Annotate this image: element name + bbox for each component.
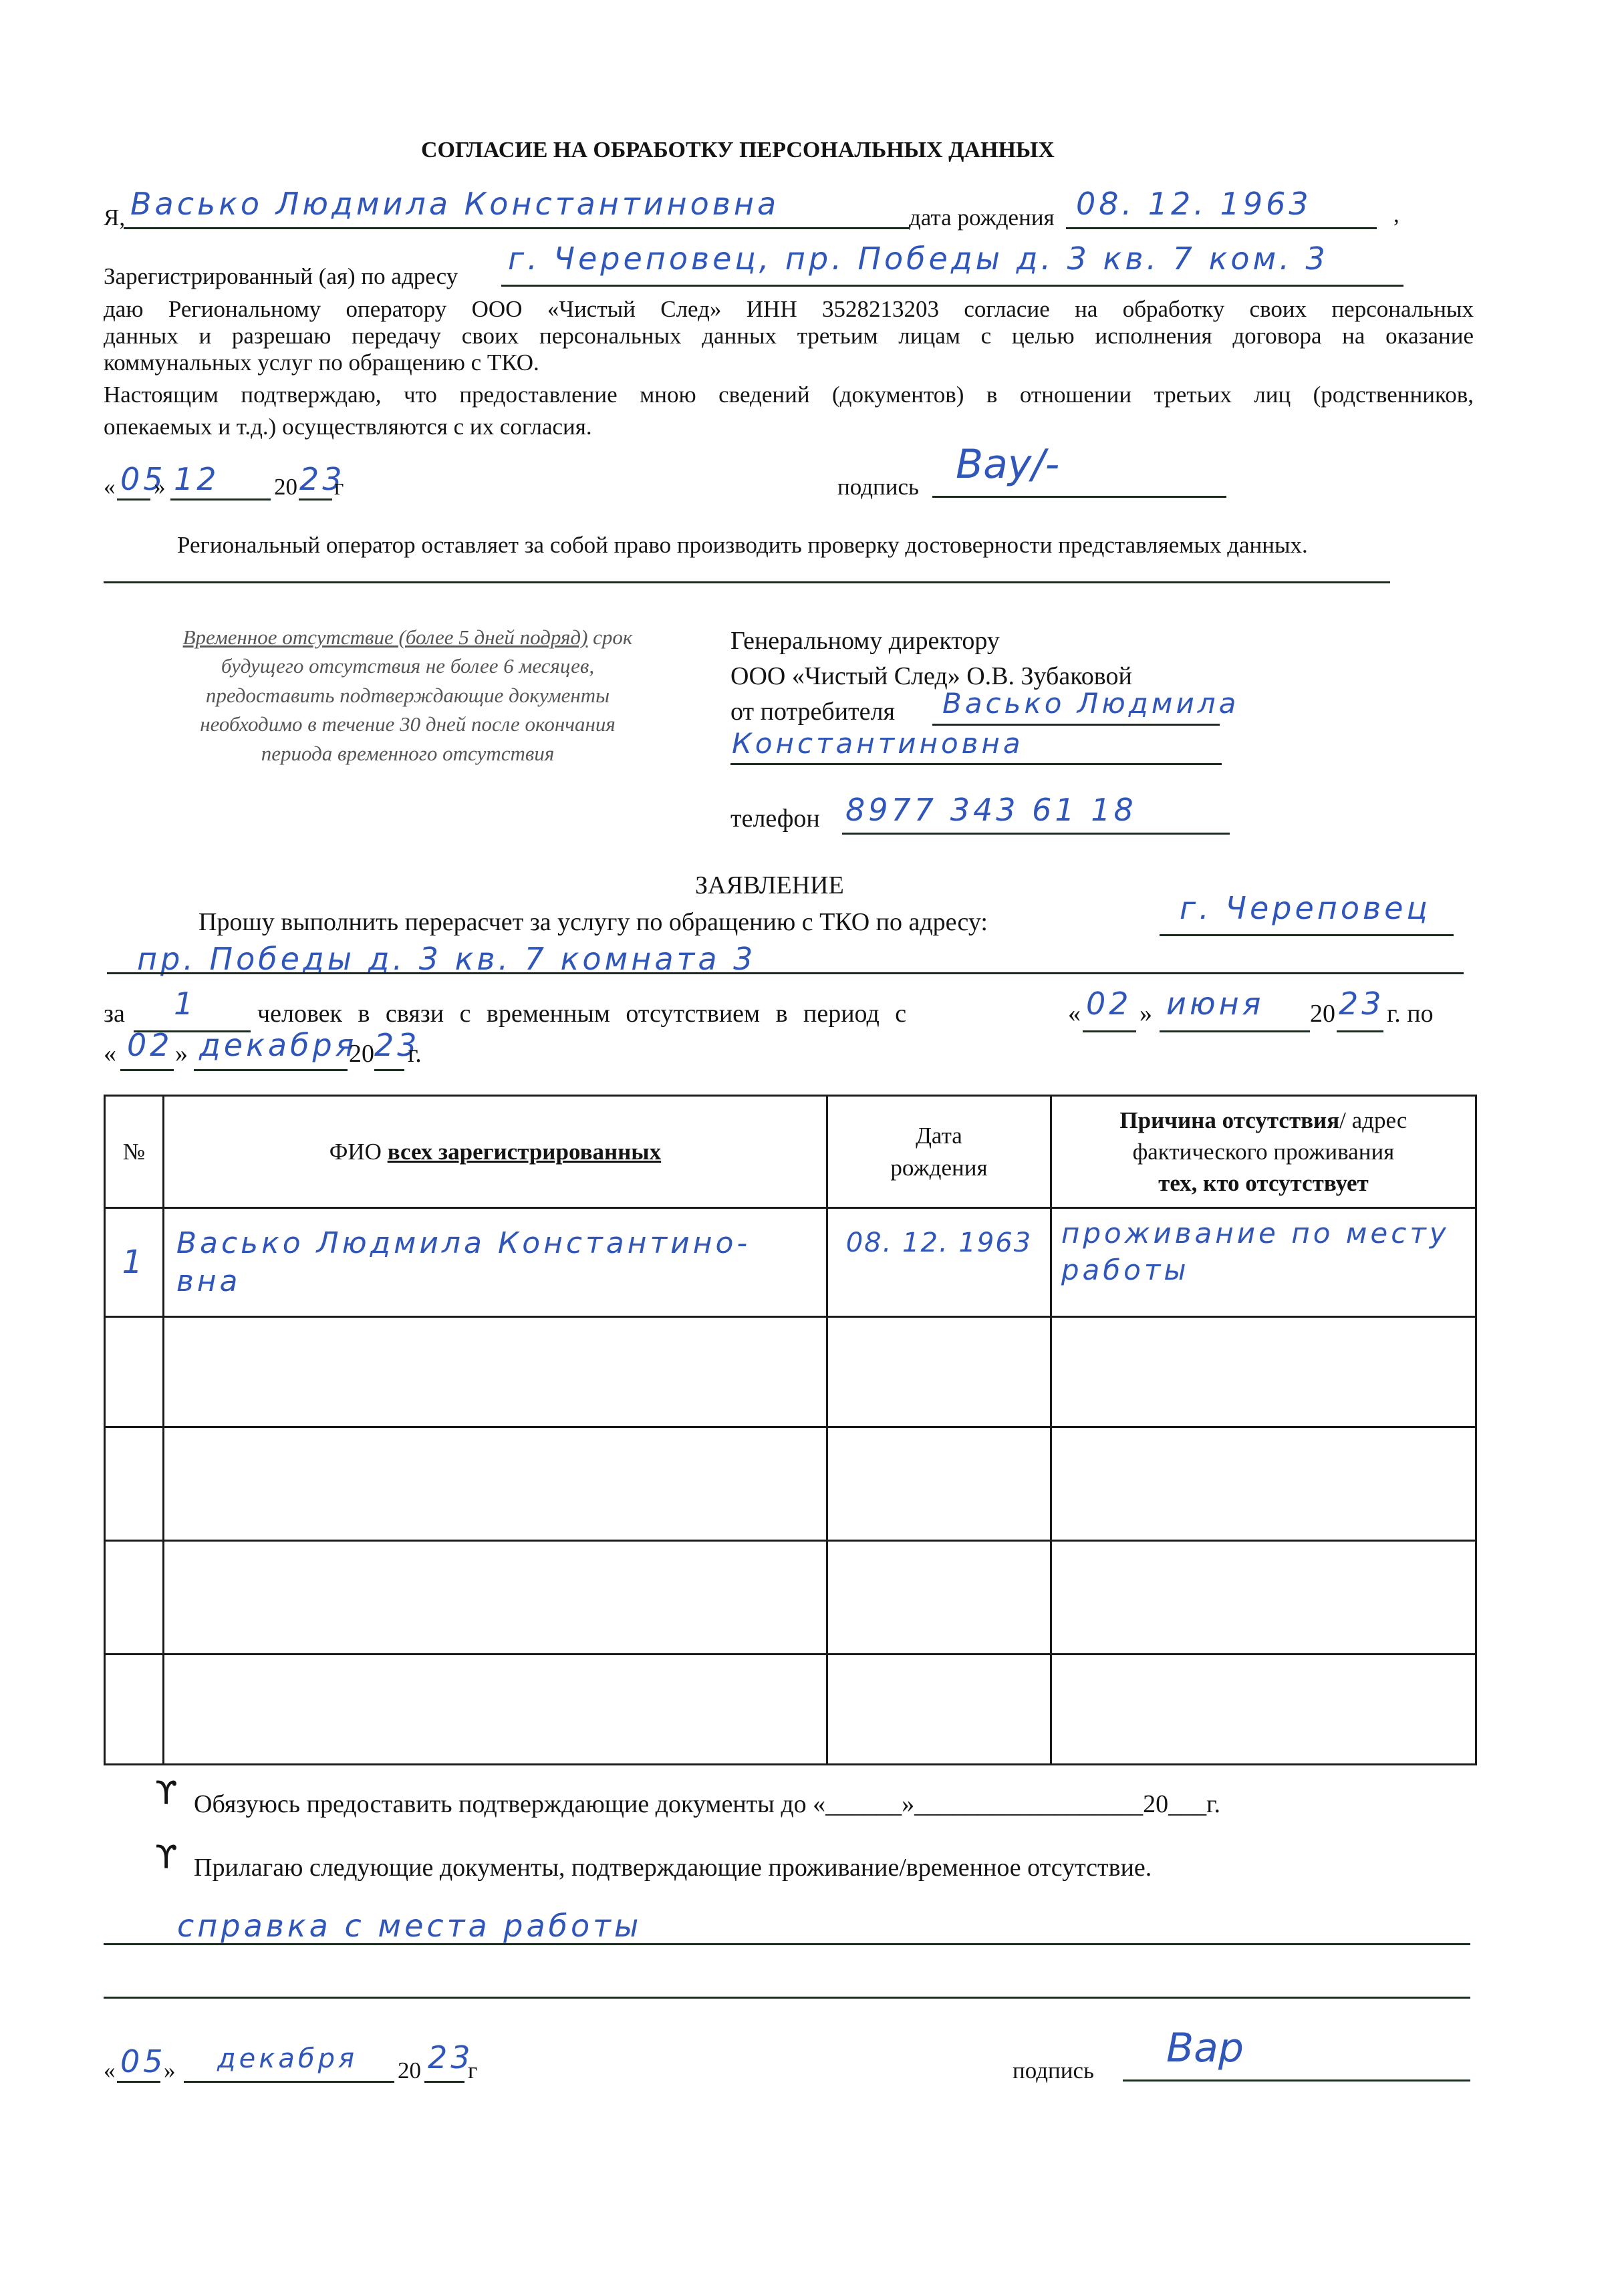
side-note-line1-rest: срок [587,625,632,649]
table-row [105,1655,1476,1765]
row-fio[interactable] [163,1427,827,1541]
dob-label: дата рождения [909,204,1055,232]
consent-date-g: г [334,473,344,501]
full-name-field[interactable]: Васько Людмила Константиновна [130,186,779,222]
final-date-open-quote: « [104,2057,116,2085]
side-note-underlined: Временное отсутствие (более 5 дней подря… [183,625,588,649]
row-dob[interactable] [827,1427,1051,1541]
side-note-line2: будущего отсутствия не более 6 месяцев, [107,652,708,680]
header-num: № [105,1096,164,1208]
row-reason[interactable] [1051,1317,1476,1427]
obligation-item1: Обязуюсь предоставить подтверждающие док… [194,1789,1220,1820]
request-address-underline2 [107,972,1464,974]
attached-docs-underline2 [104,1997,1470,1999]
row-num[interactable] [105,1317,164,1427]
addressee-line1: Генеральному директору [730,626,1000,657]
phone-label: телефон [730,804,820,835]
row-fio[interactable]: Васько Людмила Константино-вна [163,1208,827,1317]
from-year-suffix[interactable]: 23 [1339,986,1385,1022]
row-dob[interactable]: 08. 12. 1963 [827,1208,1051,1317]
header-reason: Причина отсутствия/ адрес фактического п… [1051,1096,1476,1208]
final-date-month[interactable]: декабря [217,2043,358,2074]
consent-date-open-quote: « [104,473,116,501]
consent-paragraph-line3: коммунальных услуг по обращению с ТКО. [104,349,539,377]
from-name-line1[interactable]: Васько Людмила [942,687,1239,720]
comma: , [1393,200,1399,229]
final-day-underline [117,2081,160,2083]
address-underline [501,285,1403,287]
full-name-underline [124,227,909,229]
row-num[interactable] [105,1541,164,1655]
address-part1-field[interactable]: г. Череповец [1180,890,1431,926]
final-signature-underline [1123,2079,1470,2082]
section-divider [104,581,1390,583]
table-row [105,1427,1476,1541]
obligation-item2: Прилагаю следующие документы, подтвержда… [194,1853,1152,1884]
table-row: 1 Васько Людмила Константино-вна 08. 12.… [105,1208,1476,1317]
consent-title: СОГЛАСИЕ НА ОБРАБОТКУ ПЕРСОНАЛЬНЫХ ДАННЫ… [421,137,1055,164]
za-label: за [104,999,125,1030]
to-day-field[interactable]: 02 [127,1027,173,1063]
consent-date-year-prefix: 20 [274,473,297,501]
to-month-field[interactable]: декабря [199,1027,357,1063]
row-reason[interactable]: проживание по месту работы [1051,1208,1476,1317]
side-note-line5: периода временного отсутствия [107,739,708,768]
request-address-underline1 [1160,934,1454,936]
row-fio[interactable] [163,1655,827,1765]
dob-field[interactable]: 08. 12. 1963 [1076,186,1312,222]
header-dob-line1: Дата [828,1120,1050,1151]
from-open-quote: « [1068,999,1081,1030]
header-dob: Дата рождения [827,1096,1051,1208]
consent-signature-label: подпись [837,473,919,501]
row-reason[interactable] [1051,1655,1476,1765]
header-fio: ФИО всех зарегистрированных [163,1096,827,1208]
header-dob-line2: рождения [828,1152,1050,1183]
to-year-underline [374,1069,404,1071]
from-day-underline [1083,1030,1136,1032]
consent-paragraph-line2: данных и разрешаю передачу своих персона… [104,322,1474,350]
to-open-quote: « [104,1039,116,1070]
side-note-line3: предоставить подтверждающие документы [107,681,708,710]
row-fio[interactable] [163,1541,827,1655]
final-year-underline [424,2081,464,2083]
checkbox-icon[interactable]: ϒ [155,1839,178,1876]
from-month-field[interactable]: июня [1166,986,1264,1022]
phone-field[interactable]: 8977 343 61 18 [845,792,1137,828]
table-header-row: № ФИО всех зарегистрированных Дата рожде… [105,1096,1476,1208]
row-num[interactable]: 1 [105,1208,164,1317]
consent-year-underline [299,498,332,500]
row-num[interactable] [105,1427,164,1541]
from-day-field[interactable]: 02 [1086,986,1132,1022]
header-fio-underlined: всех зарегистрированных [388,1139,661,1165]
consent-date-close-quote: » [154,473,166,501]
from-name-underline1 [932,724,1220,726]
consent-signature[interactable]: Вау/- [956,441,1059,488]
header-reason-bold: Причина отсутствия [1119,1107,1339,1133]
final-signature[interactable]: Вар [1166,2025,1244,2071]
address-part2-field[interactable]: пр. Победы д. 3 кв. 7 комната 3 [137,941,756,977]
final-date-year-suffix[interactable]: 23 [428,2039,474,2075]
consent-month-underline [170,498,271,500]
consent-date-month[interactable]: 12 [174,461,220,497]
residents-table: № ФИО всех зарегистрированных Дата рожде… [104,1095,1477,1765]
row-dob[interactable] [827,1541,1051,1655]
final-signature-label: подпись [1013,2057,1094,2085]
table-row [105,1541,1476,1655]
row-dob[interactable] [827,1655,1051,1765]
row-reason[interactable] [1051,1541,1476,1655]
checkbox-icon[interactable]: ϒ [155,1775,178,1812]
side-note-line4: необходимо в течение 30 дней после оконч… [107,710,708,738]
final-month-underline [184,2081,394,2083]
final-date-day[interactable]: 05 [120,2043,166,2079]
from-name-underline2 [730,763,1222,765]
header-fio-prefix: ФИО [329,1139,388,1165]
table-row [105,1317,1476,1427]
persons-text: человек в связи с временным отсутствием … [257,999,906,1030]
to-close-quote: » [175,1039,188,1070]
ya-label: Я, [104,204,125,232]
row-fio[interactable] [163,1317,827,1427]
consent-paragraph-line1: даю Региональному оператору ООО «Чистый … [104,295,1474,323]
persons-count-field[interactable]: 1 [174,986,196,1022]
from-label: от потребителя [730,697,895,728]
to-month-underline [194,1069,348,1071]
from-month-underline [1160,1030,1310,1032]
from-name-line2[interactable]: Константиновна [732,727,1024,760]
from-close-quote: » [1139,999,1152,1030]
from-g-po: г. по [1387,999,1434,1030]
attached-docs-field[interactable]: справка с места работы [177,1908,642,1944]
final-date-close-quote: » [164,2057,176,2085]
request-text: Прошу выполнить перерасчет за услугу по … [198,907,988,938]
to-g: г. [408,1039,422,1070]
row-num[interactable] [105,1655,164,1765]
registered-address-field[interactable]: г. Череповец, пр. Победы д. 3 кв. 7 ком.… [508,241,1329,277]
row-dob[interactable] [827,1317,1051,1427]
to-year-prefix: 20 [349,1039,374,1070]
attached-docs-underline1 [104,1943,1470,1945]
header-reason-bold2: тех, кто отсутствует [1158,1170,1369,1196]
final-date-g: г [468,2057,477,2085]
phone-underline [842,833,1230,835]
operator-note: Региональный оператор оставляет за собой… [177,531,1308,559]
consent-day-underline [117,498,150,500]
confirm-paragraph-line2: опекаемых и т.д.) осуществляются с их со… [104,413,592,441]
from-year-prefix: 20 [1310,999,1335,1030]
confirm-paragraph-line1: Настоящим подтверждаю, что предоставлени… [104,381,1474,409]
row-reason[interactable] [1051,1427,1476,1541]
temporary-absence-note: Временное отсутствие (более 5 дней подря… [107,623,708,768]
final-date-year-prefix: 20 [398,2057,421,2085]
application-title: ЗАЯВЛЕНИЕ [695,871,844,901]
registered-label: Зарегистрированный (ая) по адресу [104,263,458,291]
from-year-underline [1337,1030,1383,1032]
consent-signature-underline [932,496,1226,498]
to-day-underline [120,1069,174,1071]
dob-underline [1066,227,1377,229]
